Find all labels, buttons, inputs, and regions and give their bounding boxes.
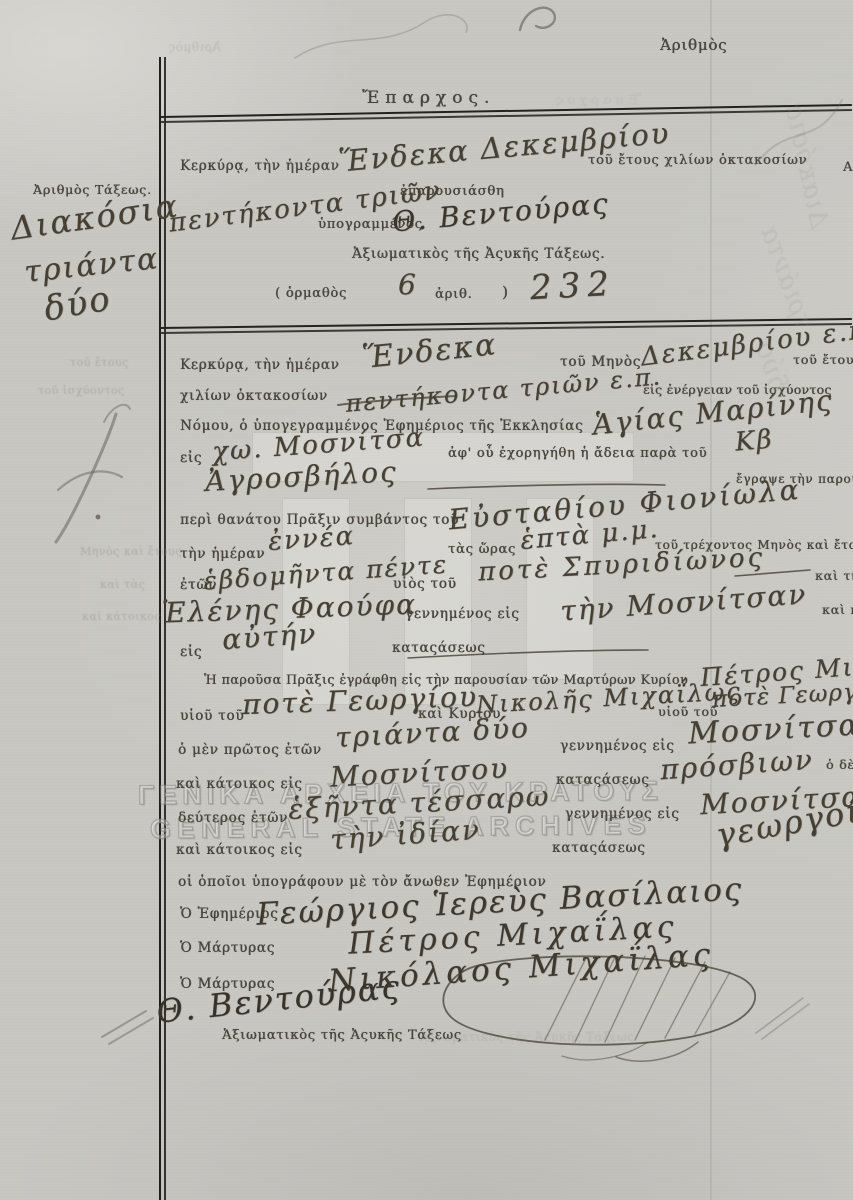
bleedthrough-eparchos: Ἔπαρχος [552, 93, 641, 108]
decl-hw-bundle-number: 6 [398, 268, 418, 301]
act-and-of-the-label: καὶ τῆς [815, 568, 853, 583]
bleedthrough-and-resident: καὶ κάτοικος [82, 610, 161, 623]
act-hw-residence: αὐτήν [221, 617, 318, 657]
act-hw-licence-by: Κβ [734, 424, 775, 457]
act-hw-death-day: ἐννέα [267, 521, 356, 557]
witness1-signature-label: Ὁ Μάρτυρας [180, 940, 275, 956]
act-at-label: εἰς [180, 450, 202, 466]
witness1-resident-label: καὶ κάτοικος εἰς [176, 776, 303, 792]
decl-hw-act-number: 232 [529, 264, 617, 308]
act-occupation-label: καταςάσεως [392, 640, 486, 656]
witness2-born-at-label: γεννημένος εἰς [565, 806, 680, 822]
decl-hw-day: Ἕνδεκα Δεκεμβρίου [337, 116, 671, 179]
witness-the-second-label: ὁ δὲ [826, 757, 853, 772]
act-born-at-label: γεννημένος εἰς [405, 606, 520, 622]
decl-bundle-close: ) [502, 283, 509, 301]
top-double-rule [161, 104, 852, 123]
witness2-aged-label: δεύτερος ἐτῶν [178, 810, 288, 826]
act-place-day-label: Κερκύρᾳ, τὴν ἡμέραν [180, 357, 340, 373]
decl-year-intro-label: τοῦ ἔτους χιλίων ὀκτακοσίων [588, 153, 807, 168]
witness1-son-of-label: υἱοῦ τοῦ [180, 708, 244, 724]
decl-place-day-label: Κερκύρᾳ, τὴν ἡμέραν [180, 158, 340, 174]
bleedthrough-officer-title: Ἀξιωματικὸς τῆς Ἀςυκῆς Τάξεως [420, 1030, 634, 1044]
witness2-resident-label: καὶ κάτοικος εἰς [176, 842, 303, 858]
witness1-occupation-label: καταςάσεως [556, 772, 650, 788]
witness1-hw-age: τριάντα δύο [334, 711, 530, 754]
decl-officer-title: Ἀξιωματικὸς τῆς Ἀςυκῆς Τάξεως. [352, 246, 605, 262]
eparch-title: Ἔπαρχος. [362, 88, 495, 108]
right-edge-cut-letter: Α [843, 160, 853, 175]
decl-bundle-open: ( ὁρμαθὸς [275, 286, 347, 301]
witness2-occupation-label: καταςάσεως [552, 840, 646, 856]
bleedthrough-number-label: Ἀριθμὸς [168, 40, 221, 54]
bleedthrough-of-year: τοῦ ἔτους [70, 356, 129, 369]
act-hw-day: Ἕνδεκα [361, 327, 499, 376]
act-at-hours-label: τὰς ὥρας [448, 542, 516, 557]
witness1-aged-label: ὁ μὲν πρῶτος ἐτῶν [178, 742, 322, 758]
bleedthrough-in-force: τοῦ ἰσχύοντος [38, 384, 125, 397]
act-and-resident-label: καὶ κάτοικος [822, 602, 853, 617]
act-at2-label: εἰς [180, 644, 202, 660]
act-hw-birthplace: τὴν Μοσνίτσαν [559, 577, 808, 627]
act-licence-label: ἀφ' οὗ ἐχορηγήθη ἡ ἄδεια παρὰ τοῦ [448, 446, 707, 461]
decl-number-abbr: ἀριθ. [435, 287, 472, 302]
witness1-born-at-label: γεννημένος εἰς [560, 738, 675, 754]
scanned-register-page: ΓΕΝΙΚΑ ΑΡΧΕΙΑ ΤΟΥ ΚΡΑΤΟΥΣ GENERAL STATE … [0, 0, 853, 1200]
bleedthrough-month-year: Μηνὸς καὶ ἔτους [80, 545, 182, 558]
witness1-hw-occupation: πρόσβιων [659, 743, 815, 787]
act-of-year-label: τοῦ ἔτους [793, 352, 853, 367]
act-year-thousand-label: χιλίων ὀκτακοσίων [180, 388, 328, 404]
act-on-day-label: τὴν ἡμέραν [180, 546, 265, 562]
bleedthrough-and-the: καὶ τὰς [100, 578, 145, 591]
bleedthrough-margin-number2: τριάντα [754, 221, 819, 333]
page-number-label: Ἀριθμὸς [660, 36, 727, 54]
